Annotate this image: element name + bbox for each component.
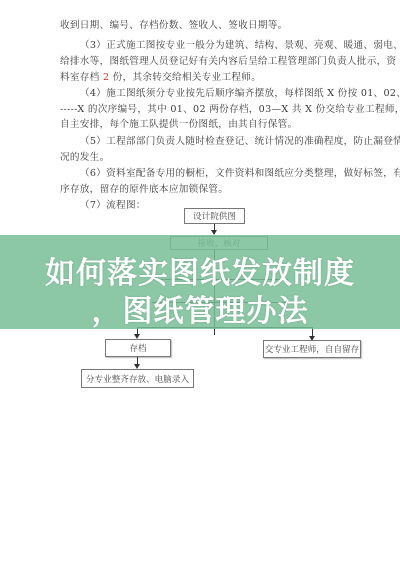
text-line-9: 况的发生。 xyxy=(60,152,109,164)
text-line-1: 收到日期、编号、存档份数、签收人、签收日期等。 xyxy=(60,20,288,32)
text-line-11: 序存放，留存的原件底本应加锁保管。 xyxy=(60,184,228,196)
text-line-4: 料室存档 2 份，其余转交给相关专业工程师。 xyxy=(60,72,261,84)
banner-title-line-2: ，图纸管理办法 xyxy=(0,286,400,330)
flow-node-engineer: 交专业工程师，自自留存 xyxy=(263,340,361,358)
flow-node-archive: 存档 xyxy=(105,339,171,357)
text-line-12: （7）流程图： xyxy=(80,200,146,212)
text-line-6: -----X 的次序编号，其中 01、02 两份存档，03—X 共 X 份交给专… xyxy=(60,104,400,116)
flow-node-archive-detail: 分专业整齐存放、电脑录入 xyxy=(81,369,194,388)
text-line-8: （5）工程部部门负责人随时检查登记、统计情况的准确程度，防止漏登情 xyxy=(80,136,400,148)
text-segment: 份，其余转交给相关专业工程师。 xyxy=(109,72,261,83)
text-line-7: 自主安排，每个施工队提供一份图纸，由其自行保管。 xyxy=(60,119,297,131)
text-line-2: （3）正式施工图按专业一般分为建筑、结构、景观、亮观、暖通、弱电、 xyxy=(80,40,400,52)
document-page: 收到日期、编号、存档份数、签收人、签收日期等。 （3）正式施工图按专业一般分为建… xyxy=(0,0,400,566)
flow-node-design: 设计院供图 xyxy=(184,208,245,224)
text-line-10: （6）资料室配备专用的橱柜，文件资料和图纸应分类整理，做好标签，有 xyxy=(80,168,400,180)
text-segment: 料室存档 xyxy=(60,72,103,83)
text-line-5: （4）施工图纸须分专业按先后顺序编齐摆放，每样图纸 X 份按 01、02、 xyxy=(80,88,400,100)
text-line-3: 给排水等，图纸管理人员登记好有关内容后呈给工程管理部门负责人批示，资 xyxy=(60,56,396,68)
